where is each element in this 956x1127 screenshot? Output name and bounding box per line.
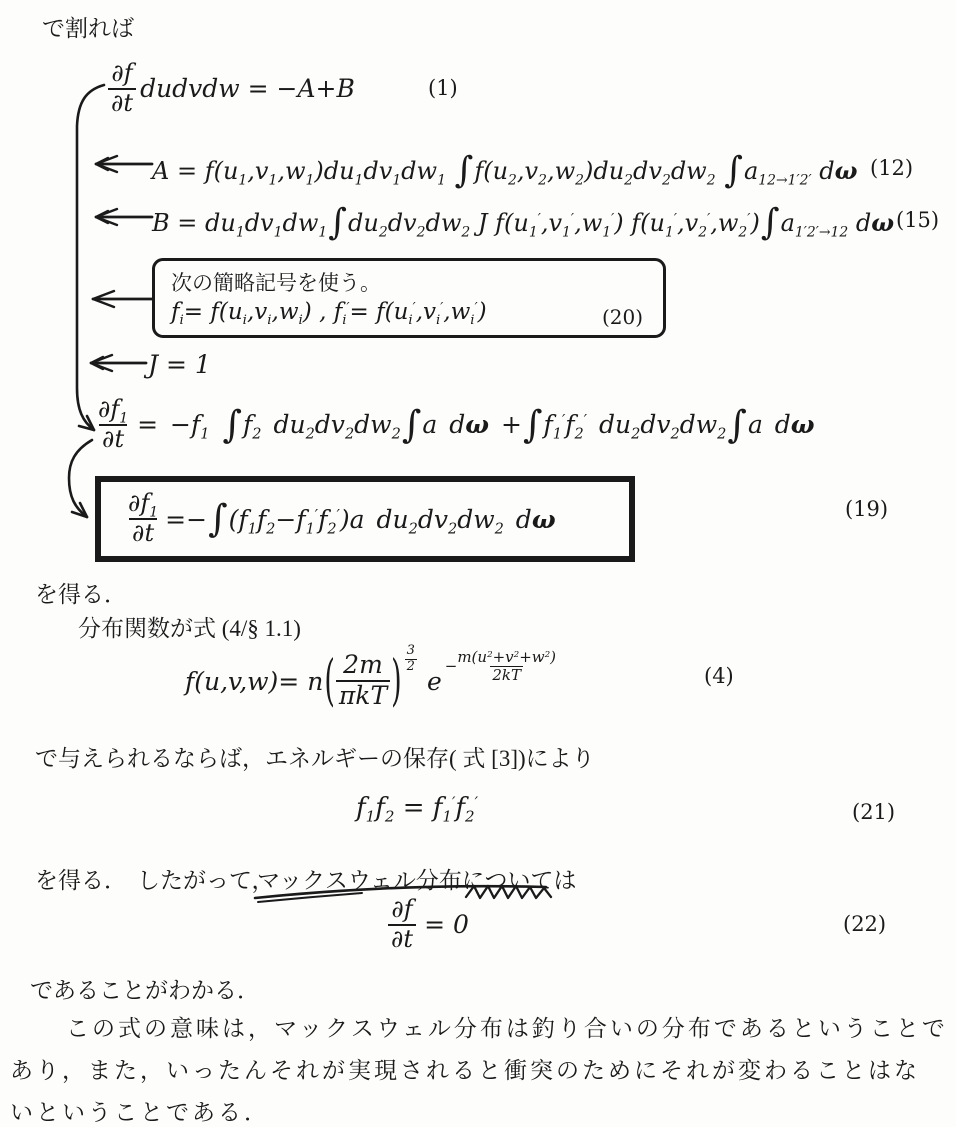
after-eq19-text: を得る． (35, 576, 127, 609)
equation-number-15: (15) (896, 208, 939, 232)
fraction-df-dt: ∂f ∂t (108, 60, 136, 117)
textbook-scan-page: で割れば ∂f ∂t dudvdw = −A+B (1) A = f(u1,v1… (0, 0, 956, 1127)
equation-number-21: (21) (852, 800, 895, 824)
right-paren: ) (390, 649, 403, 713)
fraction-denominator: ∂t (388, 924, 416, 954)
equation-15-body: B = du1dv1dw1∫du2dv2dw2 J f(u1′,v1′,w1′)… (152, 208, 894, 237)
exponent-fraction-denominator: 2kT (490, 666, 523, 684)
note-title: 次の簡略記号を使う。 (171, 267, 381, 297)
hand-brace-curve (77, 85, 104, 430)
exponent-denominator: 2 (405, 659, 417, 674)
equation-21: f1f2 = f1′f2′ (356, 793, 478, 823)
equation-number-20: (20) (602, 305, 643, 329)
hand-arrow-to-eq19-curve (69, 440, 92, 517)
jacobian-body: J = 1 (148, 350, 211, 379)
fraction-denominator: ∂t (108, 88, 136, 118)
equation-expanded: ∂f1 ∂t = −f1 ∫f2 du2dv2dw2∫a dω +∫f1′f2′… (95, 396, 815, 453)
euler-e: e (427, 667, 442, 696)
fraction-denominator: πkT (336, 680, 390, 711)
hand-arrow-notebox-head-icon (93, 291, 114, 307)
fraction-df-dt: ∂f ∂t (388, 896, 416, 953)
fraction-df1-dt: ∂f1 ∂t (125, 490, 161, 547)
equation-19-body: =−∫(f1f2−f1′f2′)a du2dv2dw2 dω (165, 505, 555, 534)
therefore-text-2: したがって， (137, 862, 275, 895)
exponent-sign: − (445, 657, 458, 675)
therefore-text-1: を得る． (35, 862, 127, 895)
fraction-numerator: ∂f (388, 896, 415, 924)
equation-15: B = du1dv1dw1∫du2dv2dw2 J f(u1′,v1′,w1′)… (152, 198, 894, 246)
maxwell-phrase: マックスウェル分布については (257, 862, 576, 895)
fraction-numerator: ∂f (108, 60, 135, 88)
equation-22: ∂f ∂t = 0 (388, 896, 469, 953)
fraction-denominator: ∂t (129, 518, 157, 548)
equation-number-4: (4) (704, 664, 734, 688)
intro-text: で割れば (42, 10, 134, 43)
hand-brace-arrowhead-icon (79, 416, 94, 430)
paragraph-line-1: この式の意味は，マックスウェル分布は釣り合いの分布であるということで (66, 1010, 948, 1043)
exponent-fraction: m(u2+v2+w2) 2kT (457, 649, 556, 683)
equation-12-body: A = f(u1,v1,w1)du1dv1dw1 ∫f(u2,v2,w2)du2… (152, 156, 858, 185)
given-line: で与えられるならば，エネルギーの保存( 式 [3])により (35, 740, 595, 773)
fraction-df1-dt: ∂f1 ∂t (95, 396, 131, 453)
equation-jacobian: J = 1 (148, 350, 211, 379)
exponent-group: − m(u2+v2+w2) 2kT (445, 649, 556, 683)
equation-12: A = f(u1,v1,w1)du1dv1dw1 ∫f(u2,v2,w2)du2… (152, 146, 858, 194)
fraction-numerator: 2m (340, 651, 386, 680)
equation-21-body: f1f2 = f1′f2′ (356, 793, 478, 823)
notation-note-box: 次の簡略記号を使う。 fi= f(ui,vi,wi) , fi′= f(ui′,… (152, 258, 666, 338)
exponent-fraction-numerator: m(u2+v2+w2) (457, 649, 556, 666)
conclusion-text: であることがわかる． (30, 972, 260, 1005)
distribution-line: 分布関数が式 (4/§ 1.1) (78, 610, 301, 643)
fraction-denominator: ∂t (99, 424, 127, 454)
boxed-equation-19: ∂f1 ∂t =−∫(f1f2−f1′f2′)a du2dv2dw2 dω (95, 476, 635, 562)
fraction-numerator: ∂f1 (95, 396, 131, 424)
equation-1-body: dudvdw = −A+B (140, 74, 355, 103)
equation-4: f(u,v,w)= n ( 2m πkT ) 3 2 e − m(u2+v2+w… (185, 645, 556, 717)
equation-number-1: (1) (428, 76, 458, 100)
paragraph-line-3: いということである． (10, 1094, 270, 1127)
exponent-three-halves: 3 2 (405, 644, 417, 674)
equation-1: ∂f ∂t dudvdw = −A+B (108, 60, 355, 117)
equation-expanded-body: = −f1 ∫f2 du2dv2dw2∫a dω +∫f1′f2′ du2dv2… (137, 410, 814, 439)
hand-arrow-jacobian-head-icon (91, 355, 112, 371)
equation-number-22: (22) (843, 912, 886, 936)
equation-22-body: = 0 (424, 910, 469, 939)
equation-number-19: (19) (845, 497, 888, 521)
exponent-numerator: 3 (407, 644, 415, 658)
hand-arrow-eq15-head-icon (96, 209, 117, 225)
fraction-2m-pikT: 2m πkT (336, 651, 390, 711)
equation-number-12: (12) (870, 156, 913, 180)
note-math: fi= f(ui,vi,wi) , fi′= f(ui′,vi′,wi′) (171, 299, 487, 325)
paragraph-line-2: あり，また，いったんそれが実現されると衝突のためにそれが変わることはな (10, 1052, 920, 1085)
hand-arrow-eq12-head-icon (96, 156, 117, 172)
equation-4-lhs: f(u,v,w)= n (185, 667, 323, 696)
hand-arrow-to-eq19-arrowhead-icon (72, 503, 87, 517)
left-paren: ( (323, 649, 336, 713)
fraction-numerator: ∂f1 (125, 490, 161, 518)
